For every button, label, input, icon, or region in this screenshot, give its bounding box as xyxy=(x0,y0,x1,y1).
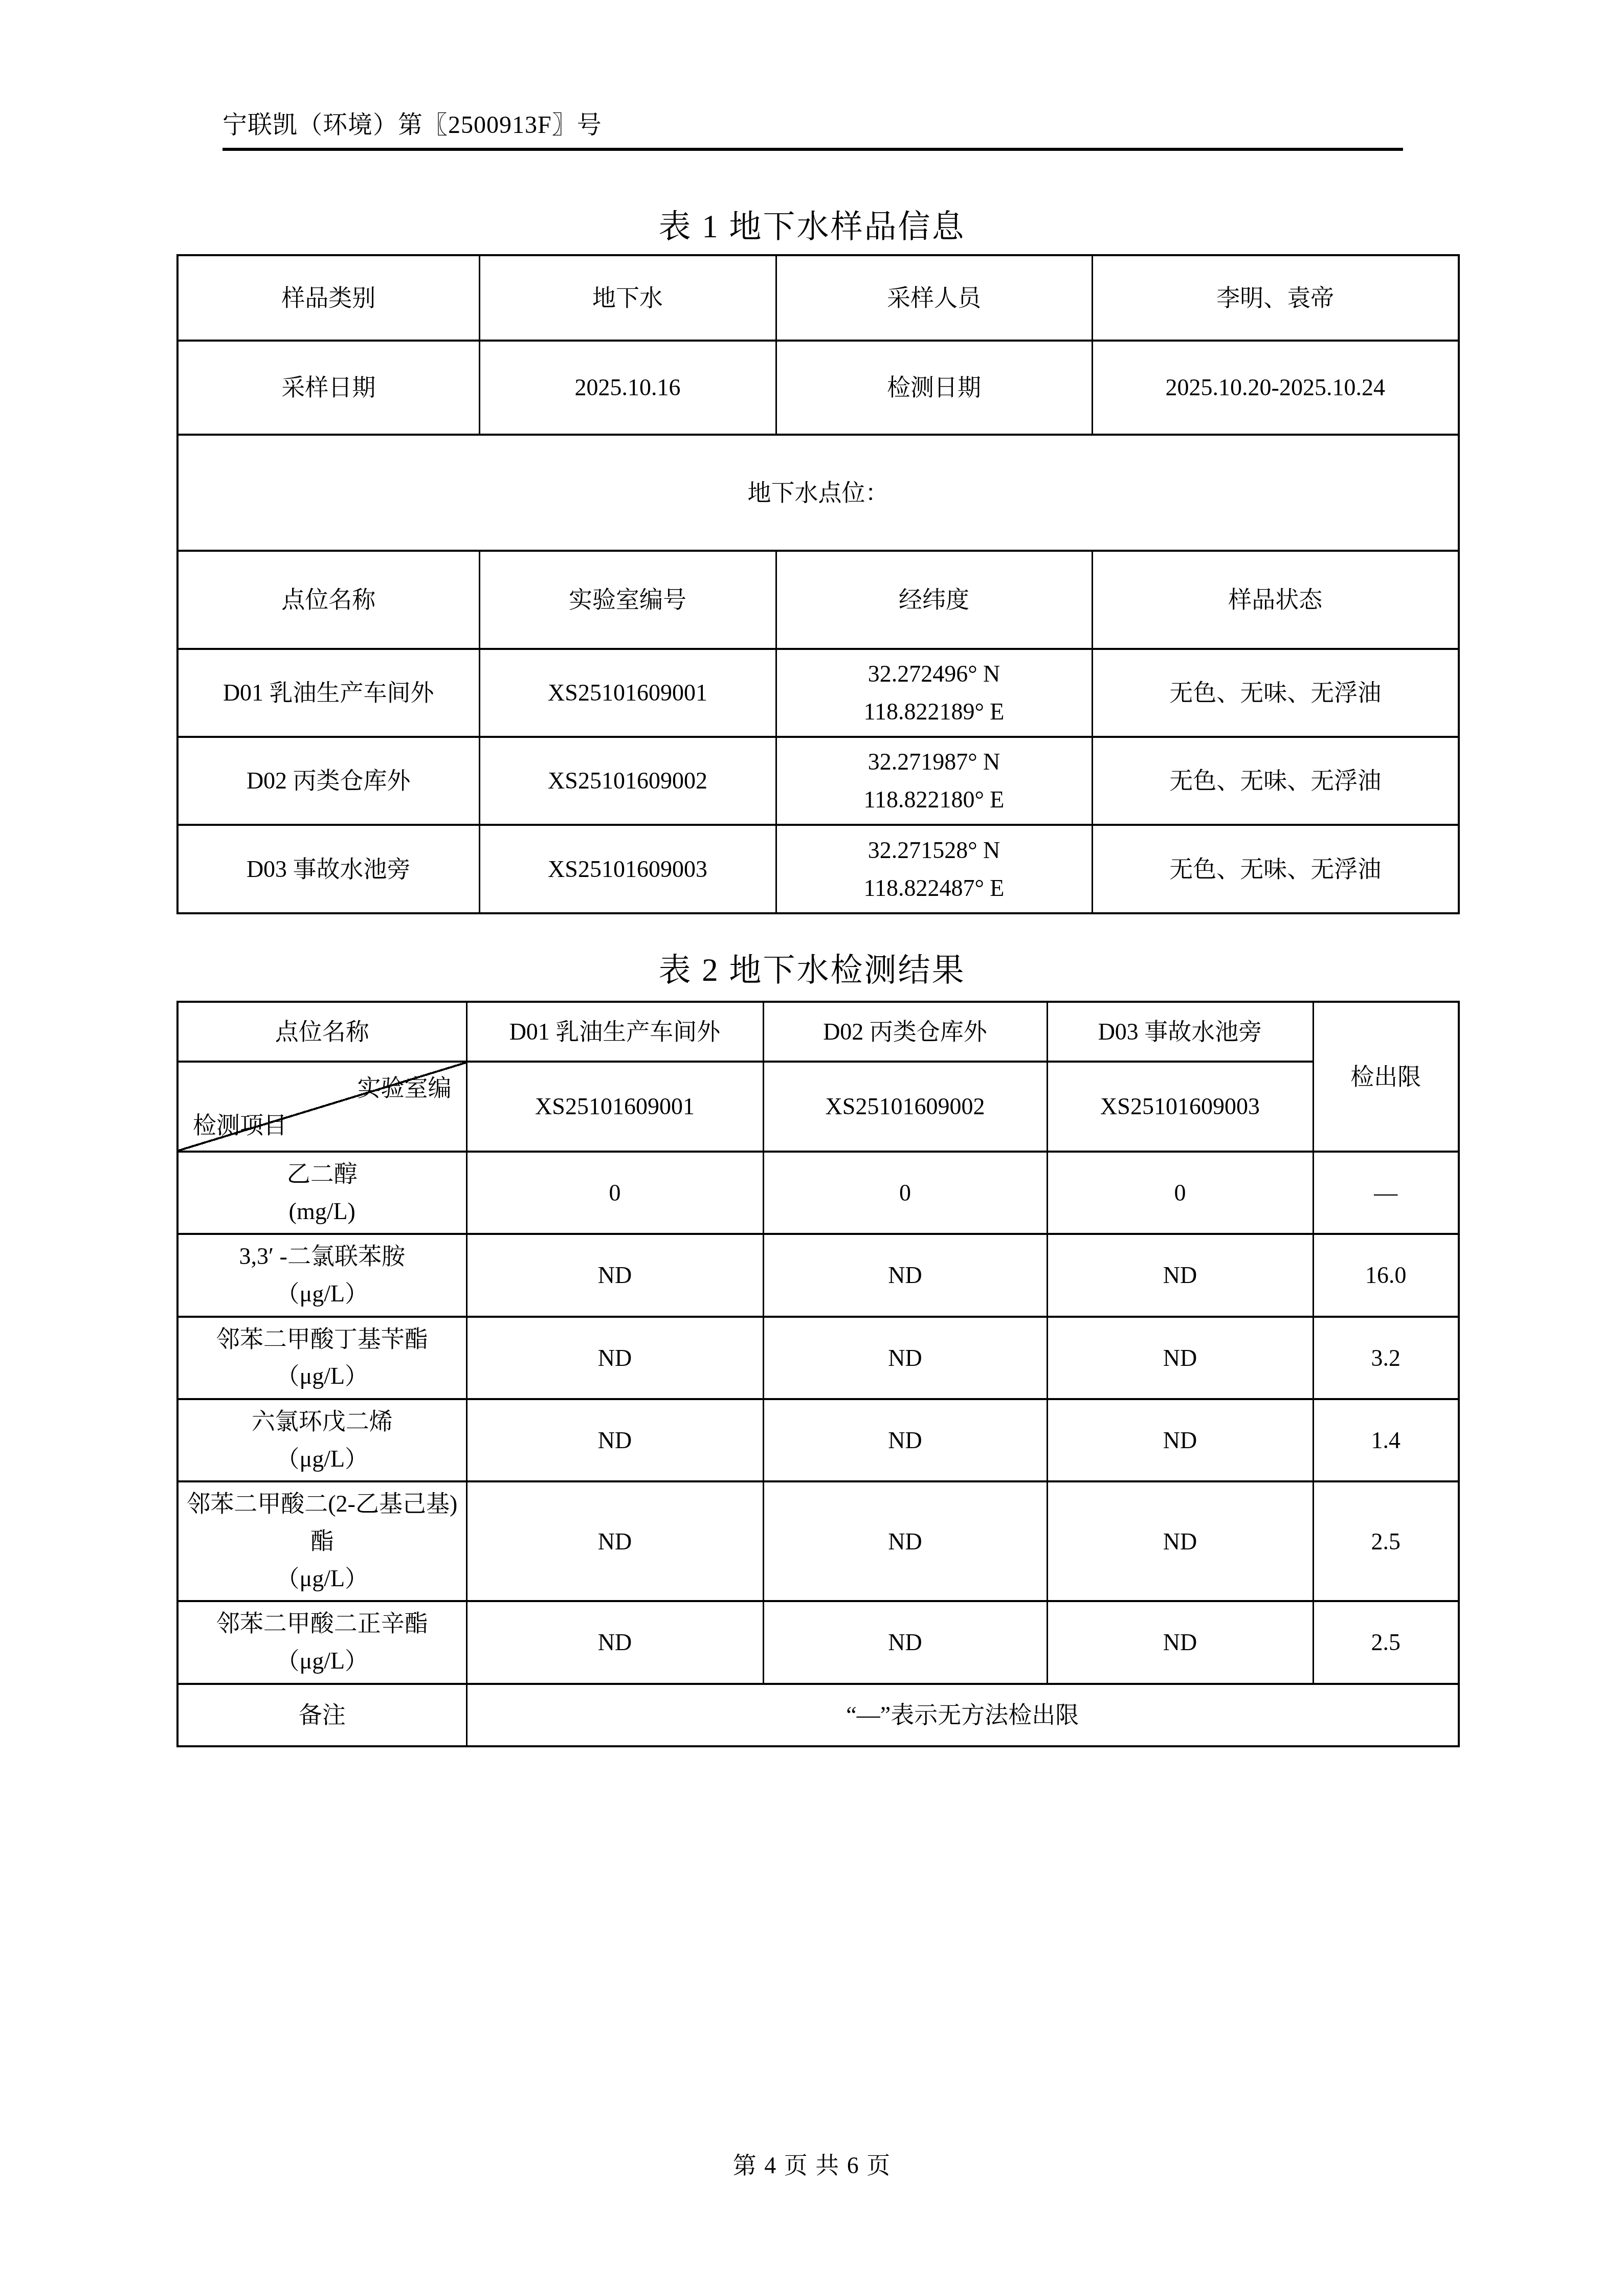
result-value: ND xyxy=(466,1481,763,1601)
parameter: 邻苯二甲酸丁基苄酯 （μg/L） xyxy=(177,1317,466,1399)
parameter: 邻苯二甲酸二正辛酯 （μg/L） xyxy=(177,1601,466,1683)
result-value: ND xyxy=(466,1399,763,1481)
result-value: ND xyxy=(466,1317,763,1399)
table-row: 邻苯二甲酸丁基苄酯 （μg/L） ND ND ND 3.2 xyxy=(177,1317,1459,1399)
parameter-unit: （μg/L） xyxy=(184,1440,461,1478)
lab-id-axis-label: 实验室编 xyxy=(358,1070,452,1106)
site-name: D02 丙类仓库外 xyxy=(177,737,479,825)
result-value: ND xyxy=(1047,1399,1313,1481)
parameter: 邻苯二甲酸二(2-乙基己基)酯 （μg/L） xyxy=(177,1481,466,1601)
table-row: D01 乳油生产车间外 XS25101609001 32.272496° N 1… xyxy=(177,649,1459,737)
sample-status: 无色、无味、无浮油 xyxy=(1092,825,1459,913)
result-value: 0 xyxy=(1047,1152,1313,1234)
col-header-labid: 实验室编号 xyxy=(479,551,776,649)
coordinates: 32.272496° N 118.822189° E xyxy=(776,649,1092,737)
result-value: ND xyxy=(1047,1234,1313,1316)
result-value: ND xyxy=(763,1399,1047,1481)
parameter-name: 邻苯二甲酸二正辛酯 xyxy=(184,1605,461,1642)
table-row: 3,3′ -二氯联苯胺 （μg/L） ND ND ND 16.0 xyxy=(177,1234,1459,1316)
table-header-row: 点位名称 实验室编号 经纬度 样品状态 xyxy=(177,551,1459,649)
result-value: ND xyxy=(763,1601,1047,1683)
header-rule xyxy=(223,148,1403,151)
result-value: ND xyxy=(466,1234,763,1316)
col-header-coord: 经纬度 xyxy=(776,551,1092,649)
site-d02-header: D02 丙类仓库外 xyxy=(763,1002,1047,1062)
longitude: 118.822189° E xyxy=(782,693,1086,731)
parameter-unit: （μg/L） xyxy=(184,1642,461,1680)
table-row: 六氯环戊二烯 （μg/L） ND ND ND 1.4 xyxy=(177,1399,1459,1481)
table2-title: 表 2 地下水检测结果 xyxy=(0,944,1624,991)
parameter: 3,3′ -二氯联苯胺 （μg/L） xyxy=(177,1234,466,1316)
table-row: 备注 “—”表示无方法检出限 xyxy=(177,1684,1459,1746)
longitude: 118.822487° E xyxy=(782,869,1086,907)
sampling-date-value: 2025.10.16 xyxy=(479,341,776,435)
table-row: 采样日期 2025.10.16 检测日期 2025.10.20-2025.10.… xyxy=(177,341,1459,435)
parameter: 六氯环戊二烯 （μg/L） xyxy=(177,1399,466,1481)
latitude: 32.272496° N xyxy=(782,655,1086,693)
table1-title: 表 1 地下水样品信息 xyxy=(0,200,1624,247)
parameter: 乙二醇 (mg/L) xyxy=(177,1152,466,1234)
parameter-unit: （μg/L） xyxy=(184,1358,461,1395)
parameter-unit: (mg/L) xyxy=(184,1193,461,1230)
result-value: ND xyxy=(763,1481,1047,1601)
results-table: 点位名称 D01 乳油生产车间外 D02 丙类仓库外 D03 事故水池旁 检出限… xyxy=(176,1001,1460,1747)
detection-limit-header: 检出限 xyxy=(1313,1002,1459,1152)
detection-limit: 3.2 xyxy=(1313,1317,1459,1399)
detection-limit: — xyxy=(1313,1152,1459,1234)
col-header-status: 样品状态 xyxy=(1092,551,1459,649)
site-name-header: 点位名称 xyxy=(177,1002,466,1062)
diagonal-header-cell: 实验室编 检测项目 xyxy=(177,1062,466,1152)
coordinates: 32.271987° N 118.822180° E xyxy=(776,737,1092,825)
parameter-name: 乙二醇 xyxy=(184,1156,461,1193)
site-d01-header: D01 乳油生产车间外 xyxy=(466,1002,763,1062)
table-row: D03 事故水池旁 XS25101609003 32.271528° N 118… xyxy=(177,825,1459,913)
table-header-row: 点位名称 D01 乳油生产车间外 D02 丙类仓库外 D03 事故水池旁 检出限 xyxy=(177,1002,1459,1062)
result-value: ND xyxy=(763,1234,1047,1316)
lab-id: XS25101609001 xyxy=(479,649,776,737)
parameter-name: 3,3′ -二氯联苯胺 xyxy=(184,1238,461,1275)
detection-limit: 1.4 xyxy=(1313,1399,1459,1481)
table-header-row: 实验室编 检测项目 XS25101609001 XS25101609002 XS… xyxy=(177,1062,1459,1152)
parameter-name: 六氯环戊二烯 xyxy=(184,1403,461,1440)
result-value: ND xyxy=(1047,1601,1313,1683)
detection-limit: 2.5 xyxy=(1313,1601,1459,1683)
result-value: ND xyxy=(763,1317,1047,1399)
table-row: 地下水点位： xyxy=(177,435,1459,551)
test-date-value: 2025.10.20-2025.10.24 xyxy=(1092,341,1459,435)
sample-status: 无色、无味、无浮油 xyxy=(1092,737,1459,825)
table-row: 样品类别 地下水 采样人员 李明、袁帝 xyxy=(177,255,1459,341)
table-row: 邻苯二甲酸二(2-乙基己基)酯 （μg/L） ND ND ND 2.5 xyxy=(177,1481,1459,1601)
parameter-name: 邻苯二甲酸二(2-乙基己基)酯 xyxy=(184,1485,461,1560)
site-d03-header: D03 事故水池旁 xyxy=(1047,1002,1313,1062)
sample-type-value: 地下水 xyxy=(479,255,776,341)
lab-id: XS25101609003 xyxy=(1047,1062,1313,1152)
sampler-value: 李明、袁帝 xyxy=(1092,255,1459,341)
sampler-label: 采样人员 xyxy=(776,255,1092,341)
longitude: 118.822180° E xyxy=(782,781,1086,819)
result-value: ND xyxy=(466,1601,763,1683)
detection-limit: 16.0 xyxy=(1313,1234,1459,1316)
report-page: 宁联凯（环境）第〖2500913F〗号 表 1 地下水样品信息 样品类别 地下水… xyxy=(0,0,1624,2296)
sampling-date-label: 采样日期 xyxy=(177,341,479,435)
site-name: D03 事故水池旁 xyxy=(177,825,479,913)
lab-id: XS25101609003 xyxy=(479,825,776,913)
sample-status: 无色、无味、无浮油 xyxy=(1092,649,1459,737)
page-number: 第 4 页 共 6 页 xyxy=(0,2147,1624,2180)
result-value: 0 xyxy=(466,1152,763,1234)
parameter-unit: （μg/L） xyxy=(184,1275,461,1313)
sample-type-label: 样品类别 xyxy=(177,255,479,341)
section-label: 地下水点位： xyxy=(177,435,1459,551)
lab-id: XS25101609001 xyxy=(466,1062,763,1152)
latitude: 32.271987° N xyxy=(782,743,1086,781)
remark-text: “—”表示无方法检出限 xyxy=(466,1684,1459,1746)
sample-info-table: 样品类别 地下水 采样人员 李明、袁帝 采样日期 2025.10.16 检测日期… xyxy=(176,254,1460,914)
test-item-axis-label: 检测项目 xyxy=(193,1107,287,1143)
parameter-unit: （μg/L） xyxy=(184,1560,461,1597)
result-value: ND xyxy=(1047,1481,1313,1601)
test-date-label: 检测日期 xyxy=(776,341,1092,435)
coordinates: 32.271528° N 118.822487° E xyxy=(776,825,1092,913)
table-row: 邻苯二甲酸二正辛酯 （μg/L） ND ND ND 2.5 xyxy=(177,1601,1459,1683)
remark-label: 备注 xyxy=(177,1684,466,1746)
result-value: ND xyxy=(1047,1317,1313,1399)
site-name: D01 乳油生产车间外 xyxy=(177,649,479,737)
table-row: D02 丙类仓库外 XS25101609002 32.271987° N 118… xyxy=(177,737,1459,825)
lab-id: XS25101609002 xyxy=(763,1062,1047,1152)
col-header-site: 点位名称 xyxy=(177,551,479,649)
result-value: 0 xyxy=(763,1152,1047,1234)
table-row: 乙二醇 (mg/L) 0 0 0 — xyxy=(177,1152,1459,1234)
report-number: 宁联凯（环境）第〖2500913F〗号 xyxy=(223,105,602,140)
parameter-name: 邻苯二甲酸丁基苄酯 xyxy=(184,1321,461,1358)
lab-id: XS25101609002 xyxy=(479,737,776,825)
detection-limit: 2.5 xyxy=(1313,1481,1459,1601)
latitude: 32.271528° N xyxy=(782,831,1086,869)
